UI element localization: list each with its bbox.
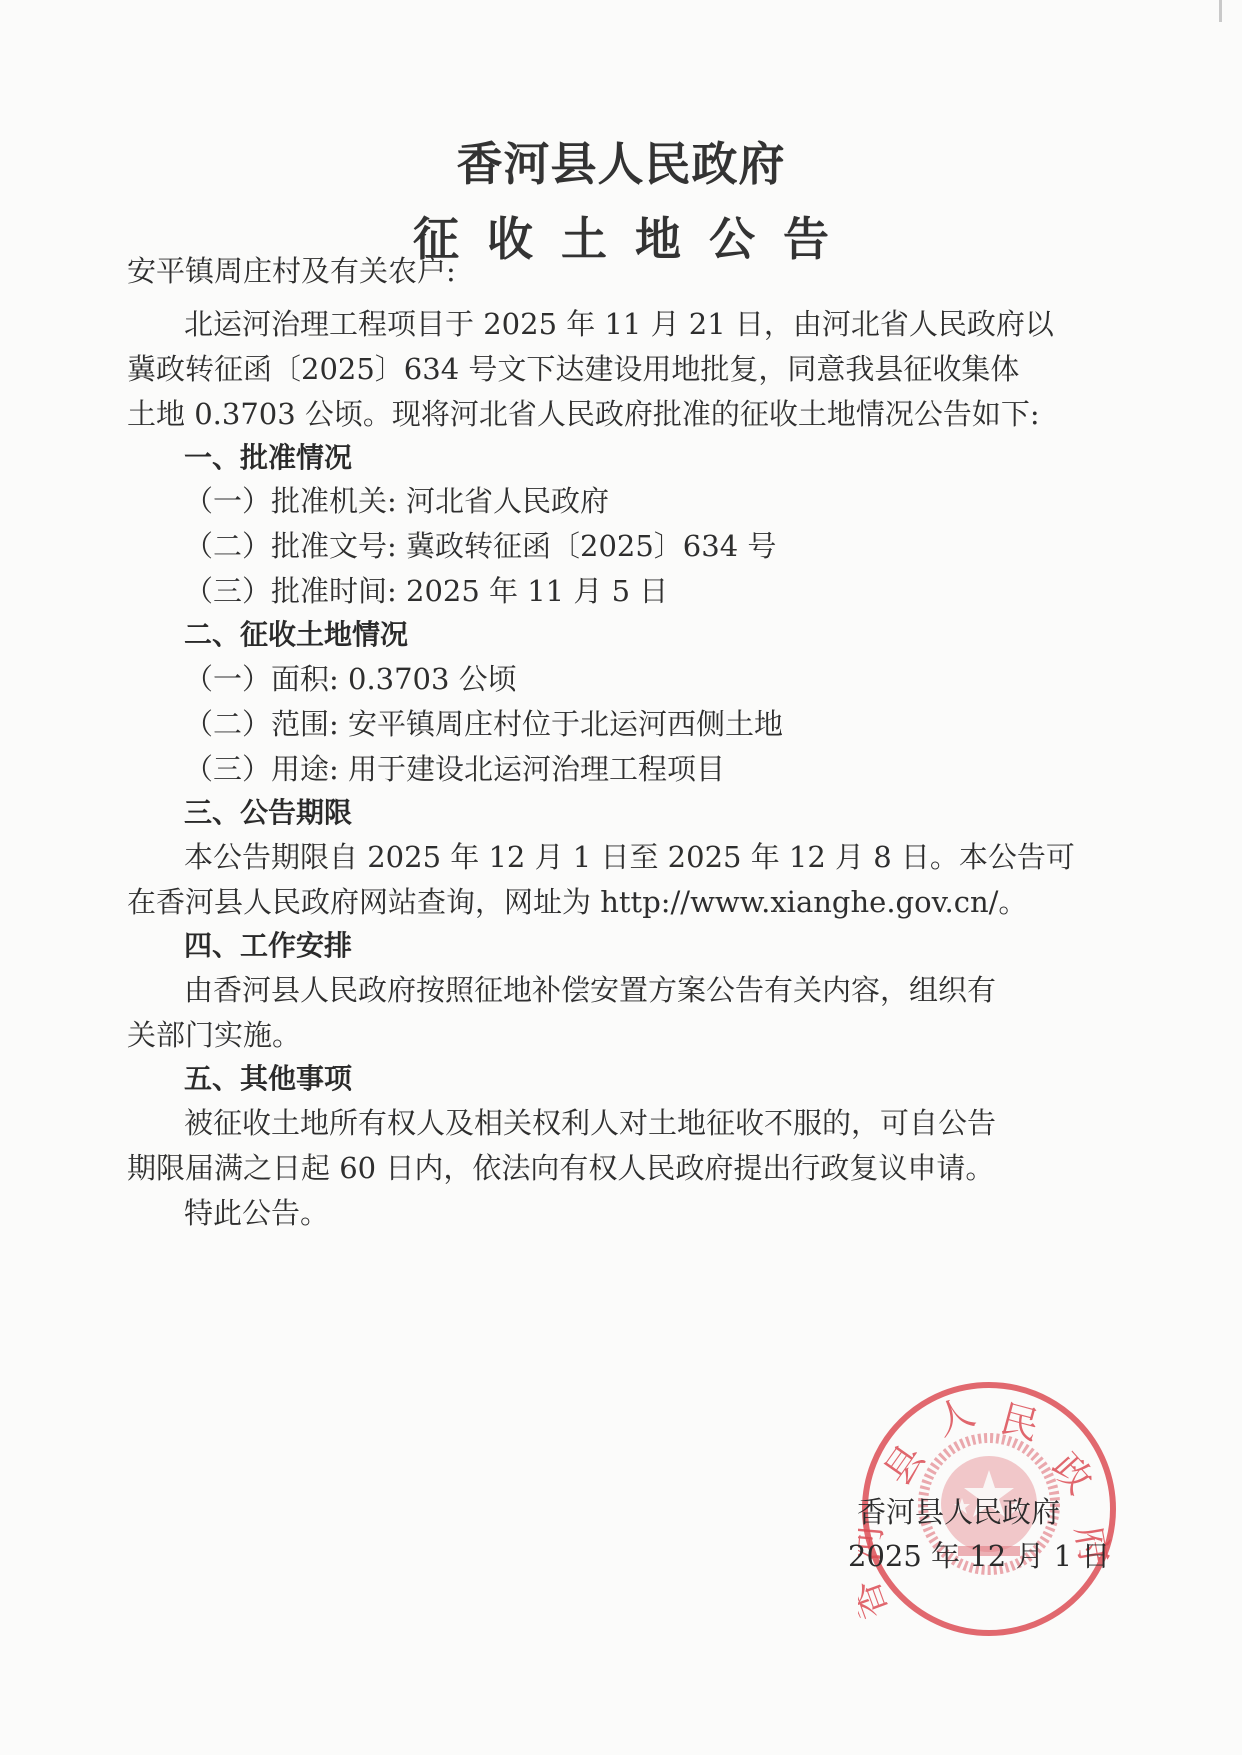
section-1-item-3: （三）批准时间: 2025 年 11 月 5 日 (184, 573, 668, 609)
closing-statement: 特此公告。 (184, 1195, 329, 1231)
section-2-item-1: （一）面积: 0.3703 公顷 (184, 661, 517, 697)
section-3-heading: 三、公告期限 (184, 795, 352, 831)
section-5-line-2: 期限届满之日起 60 日内，依法向有权人民政府提出行政复议申请。 (127, 1150, 994, 1186)
section-4-line-2: 关部门实施。 (127, 1017, 301, 1053)
section-4-heading: 四、工作安排 (184, 928, 352, 964)
section-5-heading: 五、其他事项 (184, 1061, 352, 1097)
intro-line-3: 土地 0.3703 公顷。现将河北省人民政府批准的征收土地情况公告如下: (127, 396, 1040, 432)
section-1-item-1: （一）批准机关: 河北省人民政府 (184, 483, 609, 519)
section-2-heading: 二、征收土地情况 (184, 617, 408, 653)
document-title-issuer: 香河县人民政府 (0, 128, 1242, 194)
intro-line-1: 北运河治理工程项目于 2025 年 11 月 21 日，由河北省人民政府以 (184, 306, 1054, 342)
salutation: 安平镇周庄村及有关农户: (127, 253, 456, 289)
section-3-line-1: 本公告期限自 2025 年 12 月 1 日至 2025 年 12 月 8 日。… (184, 839, 1075, 875)
intro-line-2: 冀政转征函〔2025〕634 号文下达建设用地批复，同意我县征收集体 (127, 351, 1019, 387)
section-3-line-2: 在香河县人民政府网站查询，网址为 http://www.xianghe.gov.… (127, 884, 1027, 920)
section-5-line-1: 被征收土地所有权人及相关权利人对土地征收不服的，可自公告 (184, 1105, 996, 1141)
scan-edge-mark (1219, 0, 1222, 22)
section-2-item-3: （三）用途: 用于建设北运河治理工程项目 (184, 751, 725, 787)
signature-organization: 香河县人民政府 (857, 1494, 1060, 1530)
section-2-item-2: （二）范围: 安平镇周庄村位于北运河西侧土地 (184, 706, 783, 742)
section-4-line-1: 由香河县人民政府按照征地补偿安置方案公告有关内容，组织有 (184, 972, 996, 1008)
section-1-heading: 一、批准情况 (184, 440, 352, 476)
signature-date: 2025 年 12 月 1 日 (848, 1538, 1110, 1574)
section-1-item-2: （二）批准文号: 冀政转征函〔2025〕634 号 (184, 528, 776, 564)
